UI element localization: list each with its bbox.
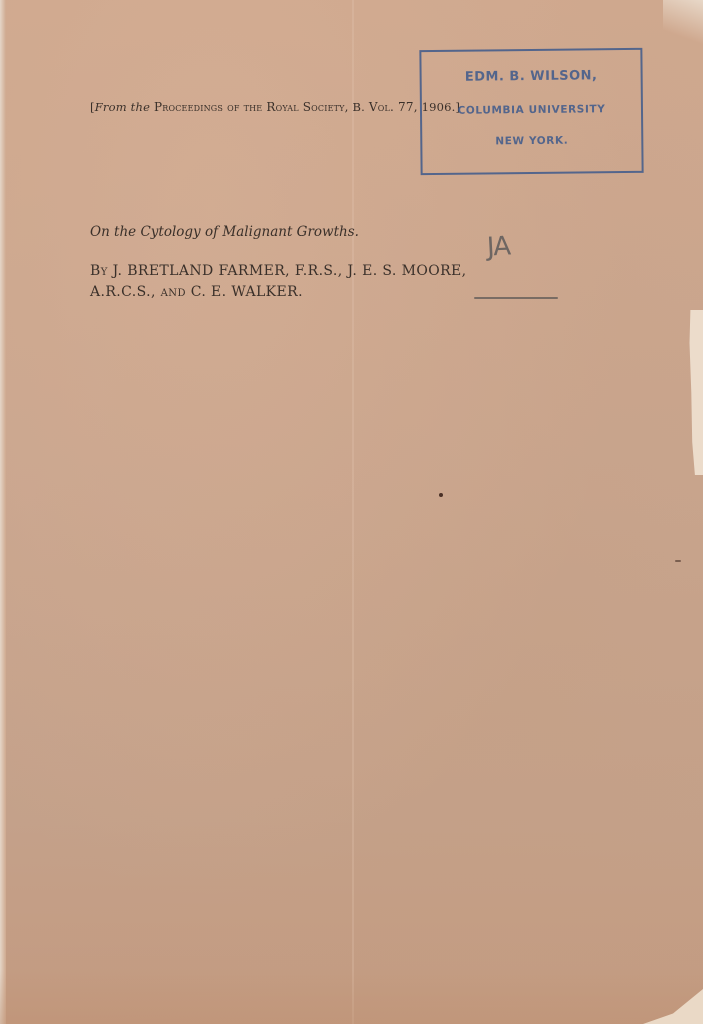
paper-left-edge xyxy=(0,0,6,1024)
paper-edge-tear xyxy=(685,310,703,475)
paper-corner-wear xyxy=(663,0,703,60)
byline-names-line2b: C. E. WALKER. xyxy=(191,284,303,300)
document-page: [From the Proceedings of the Royal Socie… xyxy=(0,0,703,1024)
paper-speck xyxy=(439,493,443,497)
handwritten-initials: JA xyxy=(486,231,511,262)
byline-names-line1: J. BRETLAND FARMER, F.R.S., J. E. S. MOO… xyxy=(113,263,467,279)
source-citation: [From the Proceedings of the Royal Socie… xyxy=(90,100,460,114)
stamp-owner-name: EDM. B. WILSON, xyxy=(422,68,641,85)
ownership-stamp: EDM. B. WILSON, COLUMBIA UNIVERSITY NEW … xyxy=(419,48,643,175)
source-series: B. xyxy=(353,100,366,114)
byline-names-line2a: A.R.C.S., xyxy=(90,284,156,300)
source-from-the: From the xyxy=(95,100,150,114)
source-volume: Vol. 77, xyxy=(369,100,418,114)
paper-bottom-discoloration xyxy=(0,969,703,1024)
stamp-city: NEW YORK. xyxy=(422,134,641,148)
paper-title: On the Cytology of Malignant Growths. xyxy=(90,224,359,240)
pencil-underline-mark xyxy=(474,297,558,299)
source-publication: Proceedings of the Royal Society, xyxy=(154,100,349,114)
byline-by: By xyxy=(90,263,108,279)
stamp-institution: COLUMBIA UNIVERSITY xyxy=(422,103,641,117)
byline-and: and xyxy=(161,284,186,300)
paper-speck xyxy=(675,560,681,562)
paper-fold-line xyxy=(352,0,354,1024)
